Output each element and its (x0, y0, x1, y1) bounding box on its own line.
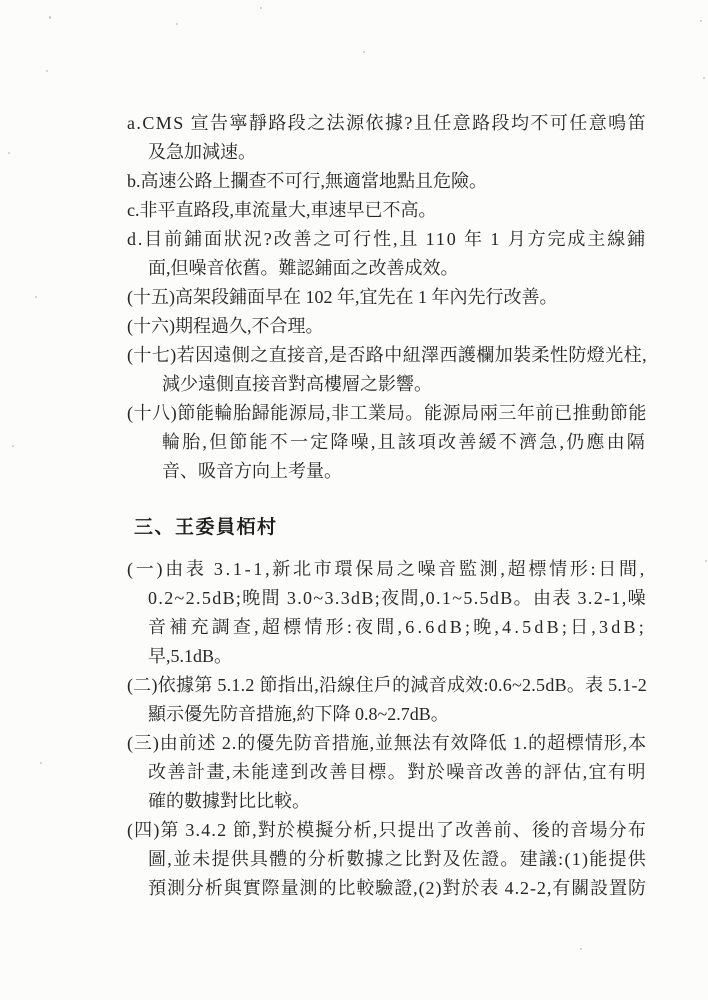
text-line-content: (十七)若因遠側之直接音,是否路中紐澤西護欄加裝柔性防燈光柱, (127, 345, 647, 365)
text-line: 音、吸音方向上考量。 (127, 457, 647, 486)
text-line: (十七)若因遠側之直接音,是否路中紐澤西護欄加裝柔性防燈光柱, (127, 341, 647, 370)
text-line: 改善計畫,未能達到改善目標。對於噪音改善的評估,宜有明 (127, 758, 647, 787)
text-line-content: 音、吸音方向上考量。 (162, 461, 342, 481)
text-line-content: (十八)節能輪胎歸能源局,非工業局。能源局兩三年前已推動節能 (127, 403, 647, 423)
scan-speckle (40, 762, 42, 764)
text-line-content: 輪胎,但節能不一定降噪,且該項改善緩不濟急,仍應由隔 (162, 432, 647, 452)
text-line-content: 早,5.1dB。 (148, 646, 232, 666)
text-line: a.CMS 宣告寧靜路段之法源依據?且任意路段均不可任意鳴笛 (127, 109, 647, 138)
text-line-content: b.高速公路上攔查不可行,無適當地點且危險。 (127, 171, 487, 191)
text-line: 預測分析與實際量測的比較驗證,(2)對於表 4.2-2,有關設置防 (127, 874, 647, 903)
text-line-content: c.非平直路段,車流量大,車速早已不高。 (127, 200, 437, 220)
text-line: 音補充調查,超標情形:夜間,6.6dB;晚,4.5dB;日,3dB; (127, 613, 647, 642)
text-line-content: (十六)期程過久,不合理。 (127, 316, 324, 336)
text-line: b.高速公路上攔查不可行,無適當地點且危險。 (127, 167, 647, 196)
text-line: 圖,並未提供具體的分析數據之比對及佐證。建議:(1)能提供 (127, 845, 647, 874)
scan-speckle (12, 445, 14, 447)
scan-speckle (49, 16, 51, 19)
scan-speckle (176, 23, 178, 25)
text-line: (四)第 3.4.2 節,對於模擬分析,只提出了改善前、後的音場分布 (127, 816, 647, 845)
text-line-content: 及急加減速。 (148, 142, 256, 162)
text-line: 及急加減速。 (127, 138, 647, 167)
text-line-content: (四)第 3.4.2 節,對於模擬分析,只提出了改善前、後的音場分布 (127, 820, 647, 840)
scanned-page: a.CMS 宣告寧靜路段之法源依據?且任意路段均不可任意鳴笛及急加減速。b.高速… (0, 0, 708, 1000)
text-line: (十八)節能輪胎歸能源局,非工業局。能源局兩三年前已推動節能 (127, 399, 647, 428)
text-line-content: 音補充調查,超標情形:夜間,6.6dB;晚,4.5dB;日,3dB; (148, 617, 647, 637)
scan-speckle (705, 560, 707, 562)
document-text: a.CMS 宣告寧靜路段之法源依據?且任意路段均不可任意鳴笛及急加減速。b.高速… (127, 109, 647, 903)
text-line-content: d.目前鋪面狀況?改善之可行性,且 110 年 1 月方完成主線鋪 (127, 229, 647, 249)
text-line-content: (一)由表 3.1-1,新北市環保局之噪音監測,超標情形:日間, (127, 559, 647, 579)
text-line: (二)依據第 5.1.2 節指出,沿線住戶的減音成效:0.6~2.5dB。表 5… (127, 671, 647, 700)
scan-speckle (363, 51, 365, 53)
text-line-content: 0.2~2.5dB;晚間 3.0~3.3dB;夜間,0.1~5.5dB。由表 3… (148, 588, 647, 608)
scan-speckle (700, 20, 702, 22)
text-line: (十五)高架段鋪面早在 102 年,宜先在 1 年內先行改善。 (127, 283, 647, 312)
text-line-content: 三、王委員栢村 (134, 517, 278, 538)
text-line-content: 圖,並未提供具體的分析數據之比對及佐證。建議:(1)能提供 (148, 849, 647, 869)
text-line: (十六)期程過久,不合理。 (127, 312, 647, 341)
scan-speckle (46, 70, 48, 72)
text-line: d.目前鋪面狀況?改善之可行性,且 110 年 1 月方完成主線鋪 (127, 225, 647, 254)
text-line: c.非平直路段,車流量大,車速早已不高。 (127, 196, 647, 225)
text-line: 確的數據對比比較。 (127, 787, 647, 816)
scanned-document: { "page": { "background": "#fcfcfa", "in… (0, 0, 708, 1000)
scan-speckle (580, 948, 582, 950)
text-line: 輪胎,但節能不一定降噪,且該項改善緩不濟急,仍應由隔 (127, 428, 647, 457)
scan-speckle (703, 77, 705, 79)
text-line-content: 確的數據對比比較。 (148, 791, 310, 811)
text-line: (一)由表 3.1-1,新北市環保局之噪音監測,超標情形:日間, (127, 555, 647, 584)
text-line-content: 面,但噪音依舊。難認鋪面之改善成效。 (148, 258, 459, 278)
text-line: 早,5.1dB。 (127, 642, 647, 671)
text-line: (三)由前述 2.的優先防音措施,並無法有效降低 1.的超標情形,本 (127, 729, 647, 758)
scan-speckle (260, 7, 262, 9)
text-line-content: 顯示優先防音措施,約下降 0.8~2.7dB。 (148, 704, 449, 724)
text-line-content: 改善計畫,未能達到改善目標。對於噪音改善的評估,宜有明 (148, 762, 647, 782)
text-line-content: (十五)高架段鋪面早在 102 年,宜先在 1 年內先行改善。 (127, 287, 558, 307)
text-line-content: 預測分析與實際量測的比較驗證,(2)對於表 4.2-2,有關設置防 (148, 878, 647, 898)
scan-speckle (35, 296, 37, 298)
scan-speckle (8, 152, 10, 154)
text-line-content: a.CMS 宣告寧靜路段之法源依據?且任意路段均不可任意鳴笛 (127, 113, 647, 133)
text-line: 顯示優先防音措施,約下降 0.8~2.7dB。 (127, 700, 647, 729)
text-line-content: (三)由前述 2.的優先防音措施,並無法有效降低 1.的超標情形,本 (127, 733, 647, 753)
text-line: 0.2~2.5dB;晚間 3.0~3.3dB;夜間,0.1~5.5dB。由表 3… (127, 584, 647, 613)
section-heading: 三、王委員栢村 (127, 513, 647, 542)
text-line: 面,但噪音依舊。難認鋪面之改善成效。 (127, 254, 647, 283)
text-line-content: (二)依據第 5.1.2 節指出,沿線住戶的減音成效:0.6~2.5dB。表 5… (127, 675, 647, 695)
text-line: 減少遠側直接音對高樓層之影響。 (127, 370, 647, 399)
text-line-content: 減少遠側直接音對高樓層之影響。 (162, 374, 432, 394)
